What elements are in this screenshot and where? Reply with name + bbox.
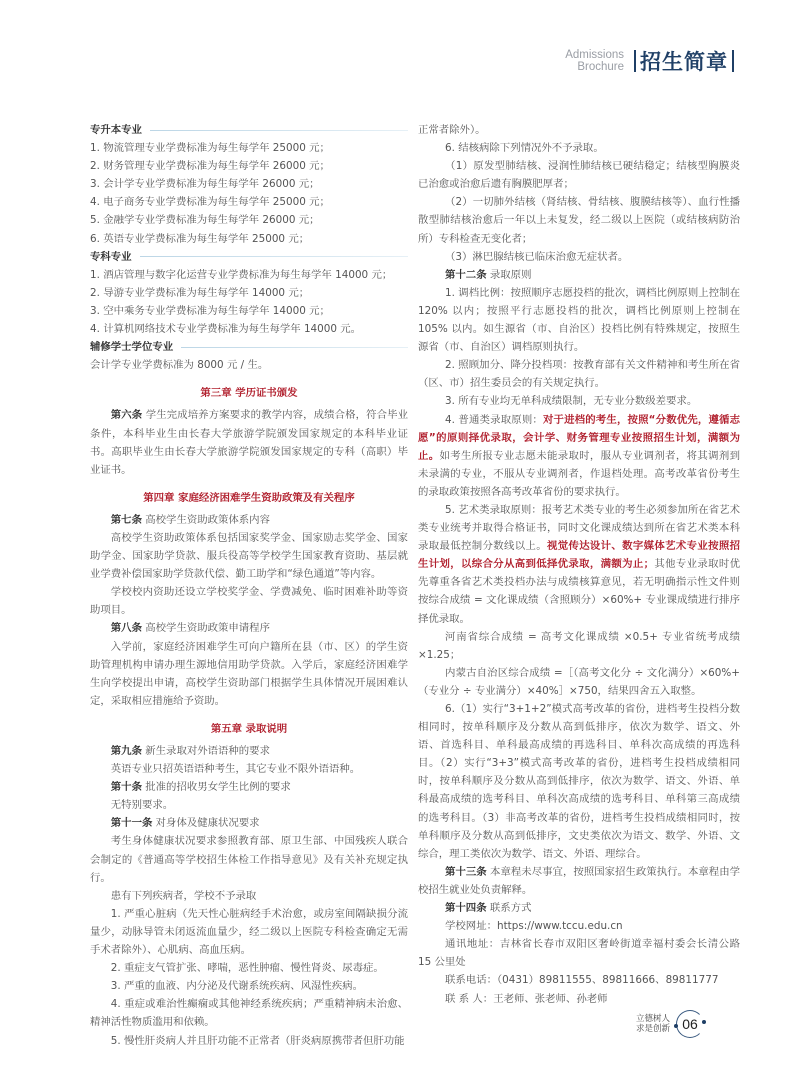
subsection-upgrade: 专升本专业: [90, 121, 408, 139]
article-title: 批准的招收男女学生比例的要求: [142, 781, 291, 793]
paragraph: 考生身体健康状况要求参照教育部、原卫生部、中国残疾人联合会制定的《普通高等学校招…: [90, 832, 408, 886]
article-13: 第十三条 本章程未尽事宜，按照国家招生政策执行。本章程由学校招生就业处负责解释。: [418, 863, 740, 899]
list-item: 5. 金融学专业学费标准为每生每学年 26000 元；: [90, 211, 408, 229]
article-14-heading: 第十四条 联系方式: [418, 899, 740, 917]
article-title: 录取原则: [487, 269, 532, 281]
paragraph: 入学前，家庭经济困难学生可向户籍所在县（市、区）的学生资助管理机构申请办理生源地…: [90, 638, 408, 710]
list-item: 3. 空中乘务专业学费标准为每生每学年 14000 元；: [90, 302, 408, 320]
paragraph: 高校学生资助政策体系包括国家奖学金、国家励志奖学金、国家助学金、国家助学贷款、服…: [90, 529, 408, 583]
list-item: 3. 严重的血液、内分泌及代谢系统疾病、风湿性疾病。: [90, 977, 408, 995]
motto: 立德树人 求是创新: [636, 1014, 670, 1034]
subsection-minor: 辅修学士学位专业: [90, 338, 408, 356]
subsection-title: 专科专业: [90, 248, 132, 266]
article-label: 第十四条: [445, 902, 487, 914]
article-title: 对身体及健康状况要求: [152, 817, 259, 829]
header-divider-right: [732, 50, 734, 72]
list-item: 3. 会计学专业学费标准为每生每学年 26000 元；: [90, 175, 408, 193]
subsection-title: 专升本专业: [90, 121, 142, 139]
label: 联 系 人：: [445, 993, 493, 1005]
paragraph: 2. 照顾加分、降分投档项：按教育部有关文件精神和考生所在省（区、市）招生委员会…: [418, 356, 740, 392]
article-label: 第十三条: [445, 866, 487, 878]
list-item: 4. 电子商务专业学费标准为每生每学年 25000 元；: [90, 193, 408, 211]
article-label: 第十条: [111, 781, 142, 793]
article-12-heading: 第十二条 录取原则: [418, 266, 740, 284]
article-title: 高校学生资助政策体系内容: [142, 514, 270, 526]
paragraph: 1. 调档比例：按照顺序志愿投档的批次，调档比例原则上控制在 120% 以内；按…: [418, 284, 740, 356]
header-english: Admissions Brochure: [565, 49, 624, 73]
contact-person: 联 系 人：王老师、张老师、孙老师: [418, 990, 740, 1008]
article-7-heading: 第七条 高校学生资助政策体系内容: [90, 511, 408, 529]
paragraph: 4. 普通类录取原则：对于进档的考生，按照“分数优先，遵循志愿”的原则择优录取，…: [418, 411, 740, 501]
paragraph: 学校校内资助还设立学校奖学金、学费减免、临时困难补助等资助项目。: [90, 583, 408, 619]
article-title: 高校学生资助政策申请程序: [142, 622, 270, 634]
contact-phone: 联系电话：（0431）89811555、89811666、89811777: [418, 971, 740, 989]
header-en-line2: Brochure: [565, 61, 624, 73]
list-item: （3）淋巴腺结核已临床治愈无症状者。: [418, 248, 740, 266]
motto-line1: 立德树人: [636, 1014, 670, 1024]
label: 学校网址：: [445, 920, 497, 932]
subsection-rule: [181, 347, 408, 348]
list-item: （2）一切肺外结核（肾结核、骨结核、腹膜结核等）、血行性播散型肺结核治愈后一年以…: [418, 193, 740, 247]
list-item: 2. 导游专业学费标准为每生每学年 14000 元；: [90, 284, 408, 302]
article-title: 新生录取对外语语种的要求: [142, 745, 270, 757]
article-11-heading: 第十一条 对身体及健康状况要求: [90, 814, 408, 832]
paragraph: 6.（1）实行“3+1+2”模式高考改革的省份，进档考生投档分数相同时，按单科顺…: [418, 700, 740, 863]
article-9-heading: 第九条 新生录取对外语语种的要求: [90, 742, 408, 760]
subsection-junior: 专科专业: [90, 248, 408, 266]
list-item: 1. 严重心脏病（先天性心脏病经手术治愈，或房室间隔缺损分流量少，动脉导管未闭返…: [90, 905, 408, 959]
article-8-heading: 第八条 高校学生资助政策申请程序: [90, 619, 408, 637]
header-title: 招生简章: [640, 46, 728, 76]
formula-henan: 河南省综合成绩 = 高考文化课成绩 ×0.5+ 专业省统考成绩 ×1.25；: [418, 628, 740, 664]
article-title: 联系方式: [487, 902, 532, 914]
header-divider: [634, 50, 636, 72]
paragraph: 会计学专业学费标准为 8000 元 / 生。: [90, 356, 408, 374]
chapter-5-title: 第五章 录取说明: [90, 720, 408, 738]
value: 王老师、张老师、孙老师: [493, 993, 607, 1005]
list-item: 2. 财务管理专业学费标准为每生每学年 26000 元；: [90, 157, 408, 175]
page-number: 06: [682, 1016, 698, 1032]
chapter-3-title: 第三章 学历证书颁发: [90, 384, 408, 402]
label: 联系电话：: [445, 974, 497, 986]
paragraph: 英语专业只招英语语种考生，其它专业不限外语语种。: [90, 760, 408, 778]
header-en-line1: Admissions: [565, 49, 624, 61]
page-number-badge: 06: [676, 1010, 704, 1038]
right-column: 正常者除外）。 6. 结核病除下列情况外不予录取。 （1）原发型肺结核、浸润性肺…: [418, 121, 740, 1008]
list-item: 4. 重症或难治性癫痫或其他神经系统疾病；严重精神病未治愈、精神活性物质滥用和依…: [90, 995, 408, 1031]
article-label: 第十二条: [445, 269, 487, 281]
article-label: 第八条: [111, 622, 142, 634]
article-label: 第六条: [111, 409, 143, 421]
list-item: 2. 重症支气管扩张、哮喘，恶性肿瘤、慢性肾炎、尿毒症。: [90, 959, 408, 977]
paragraph: 3. 所有专业均无单科成绩限制，无专业分数级差要求。: [418, 392, 740, 410]
subsection-rule: [150, 130, 408, 131]
subsection-rule: [140, 256, 408, 257]
left-column: 专升本专业 1. 物流管理专业学费标准为每生每学年 25000 元； 2. 财务…: [90, 121, 408, 1050]
dot-icon: [702, 1020, 706, 1024]
text: 4. 普通类录取原则：: [445, 414, 543, 426]
website-link[interactable]: https://www.tccu.edu.cn: [497, 920, 623, 932]
article-6: 第六条 学生完成培养方案要求的教学内容，成绩合格，符合毕业条件，本科毕业生由长春…: [90, 406, 408, 478]
paragraph: 6. 结核病除下列情况外不予录取。: [418, 139, 740, 157]
list-item: （1）原发型肺结核、浸润性肺结核已硬结稳定；结核型胸膜炎已治愈或治愈后遗有胸膜肥…: [418, 157, 740, 193]
page-footer: 立德树人 求是创新 06: [636, 1010, 704, 1038]
subsection-title: 辅修学士学位专业: [90, 338, 173, 356]
text: 如考生所报专业志愿未能录取时，服从专业调剂者，将其调剂到未录满的专业，不服从专业…: [418, 450, 740, 498]
chapter-4-title: 第四章 家庭经济困难学生资助政策及有关程序: [90, 489, 408, 507]
list-item: 1. 酒店管理与数字化运营专业学费标准为每生每学年 14000 元；: [90, 266, 408, 284]
motto-line2: 求是创新: [636, 1024, 670, 1034]
list-item: 4. 计算机网络技术专业学费标准为每生每学年 14000 元。: [90, 320, 408, 338]
article-label: 第九条: [111, 745, 142, 757]
article-label: 第七条: [111, 514, 142, 526]
paragraph: 5. 艺术类录取原则：报考艺术类专业的考生必须参加所在省艺术类专业统考并取得合格…: [418, 501, 740, 628]
contact-website: 学校网址：https://www.tccu.edu.cn: [418, 917, 740, 935]
list-item: 5. 慢性肝炎病人并且肝功能不正常者（肝炎病原携带者但肝功能: [90, 1032, 408, 1050]
article-label: 第十一条: [111, 817, 153, 829]
contact-address: 通讯地址：吉林省长春市双阳区奢岭街道幸福村委会长清公路 15 公里处: [418, 935, 740, 971]
paragraph: 患有下列疾病者，学校不予录取: [90, 887, 408, 905]
brochure-header: Admissions Brochure 招生简章: [565, 46, 738, 76]
value: （0431）89811555、89811666、89811777: [497, 974, 718, 986]
article-10-heading: 第十条 批准的招收男女学生比例的要求: [90, 778, 408, 796]
paragraph: 无特别要求。: [90, 796, 408, 814]
dot-icon: [674, 1024, 678, 1028]
formula-neimenggu: 内蒙古自治区综合成绩 =［（高考文化分 ÷ 文化满分）×60%+（专业分 ÷ 专…: [418, 664, 740, 700]
list-item: 1. 物流管理专业学费标准为每生每学年 25000 元；: [90, 139, 408, 157]
paragraph: 正常者除外）。: [418, 121, 740, 139]
list-item: 6. 英语专业学费标准为每生每学年 25000 元；: [90, 230, 408, 248]
label: 通讯地址：: [445, 938, 500, 950]
